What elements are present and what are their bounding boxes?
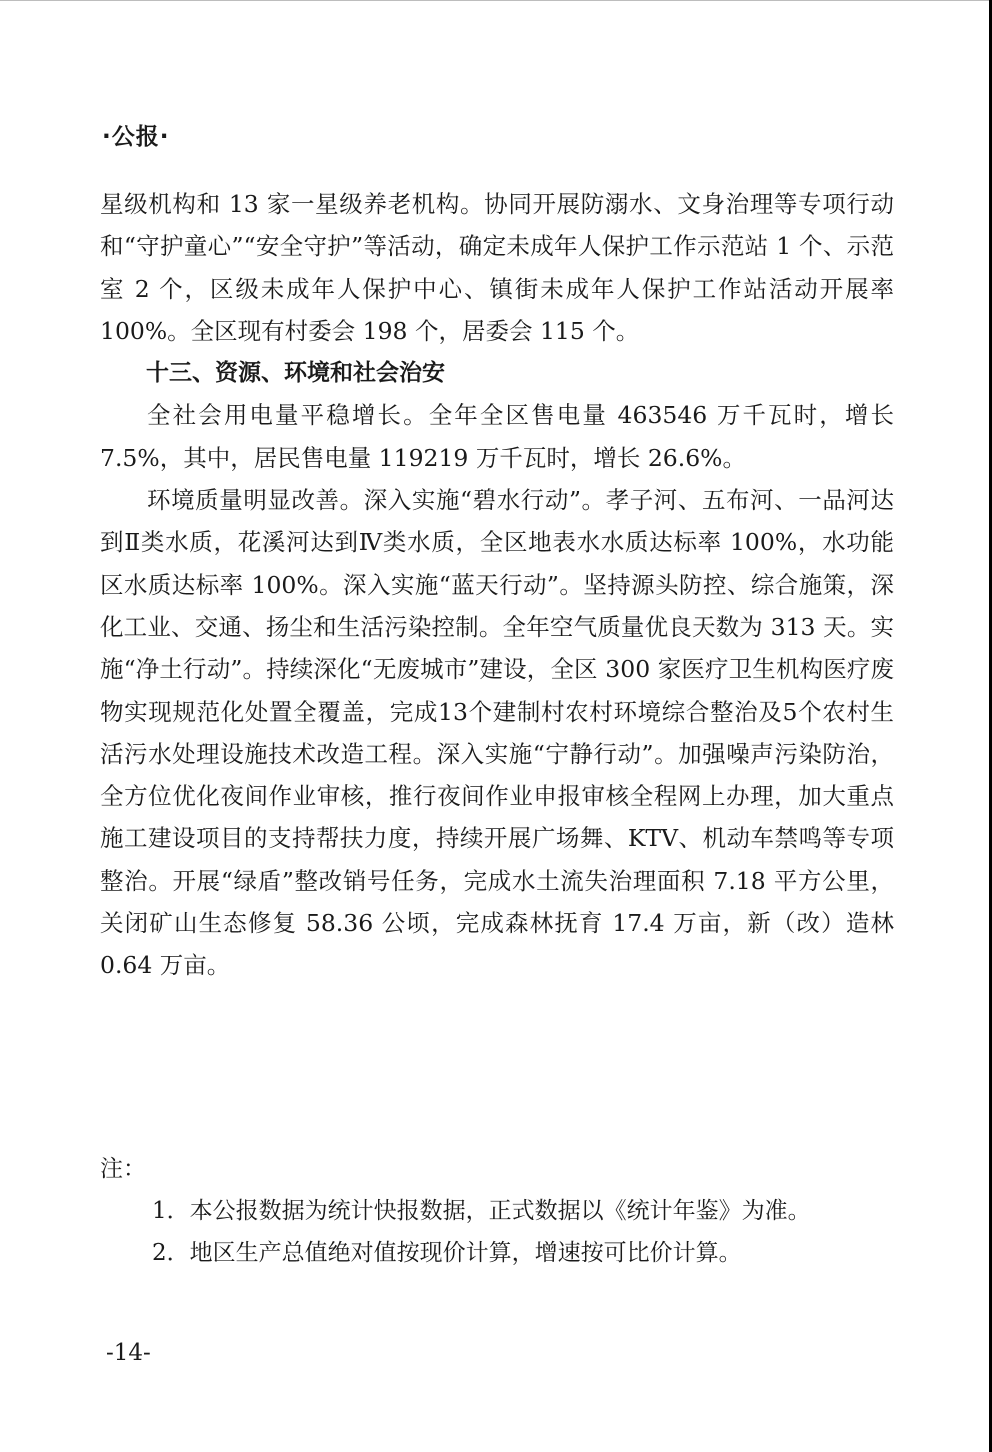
continued-paragraph: 星级机构和 13 家一星级养老机构。协同开展防溺水、文身治理等专项行动和“守护童…	[100, 183, 894, 352]
note-item: 1．本公报数据为统计快报数据，正式数据以《统计年鉴》为准。	[100, 1190, 894, 1232]
paragraph-environment: 环境质量明显改善。深入实施“碧水行动”。孝子河、五布河、一品河达到Ⅱ类水质，花溪…	[100, 479, 894, 987]
notes-title: 注：	[100, 1148, 894, 1190]
page-number: -14-	[106, 1340, 151, 1366]
section-heading: 十三、资源、环境和社会治安	[100, 352, 894, 394]
paragraph-electricity: 全社会用电量平稳增长。全年全区售电量 463546 万千瓦时，增长 7.5%，其…	[100, 394, 894, 479]
note-item: 2．地区生产总值绝对值按现价计算，增速按可比价计算。	[100, 1232, 894, 1274]
page-top-border	[0, 0, 990, 1]
running-head: ·公报·	[102, 118, 169, 151]
notes: 注： 1．本公报数据为统计快报数据，正式数据以《统计年鉴》为准。 2．地区生产总…	[100, 1148, 894, 1274]
body-text: 星级机构和 13 家一星级养老机构。协同开展防溺水、文身治理等专项行动和“守护童…	[100, 183, 894, 987]
